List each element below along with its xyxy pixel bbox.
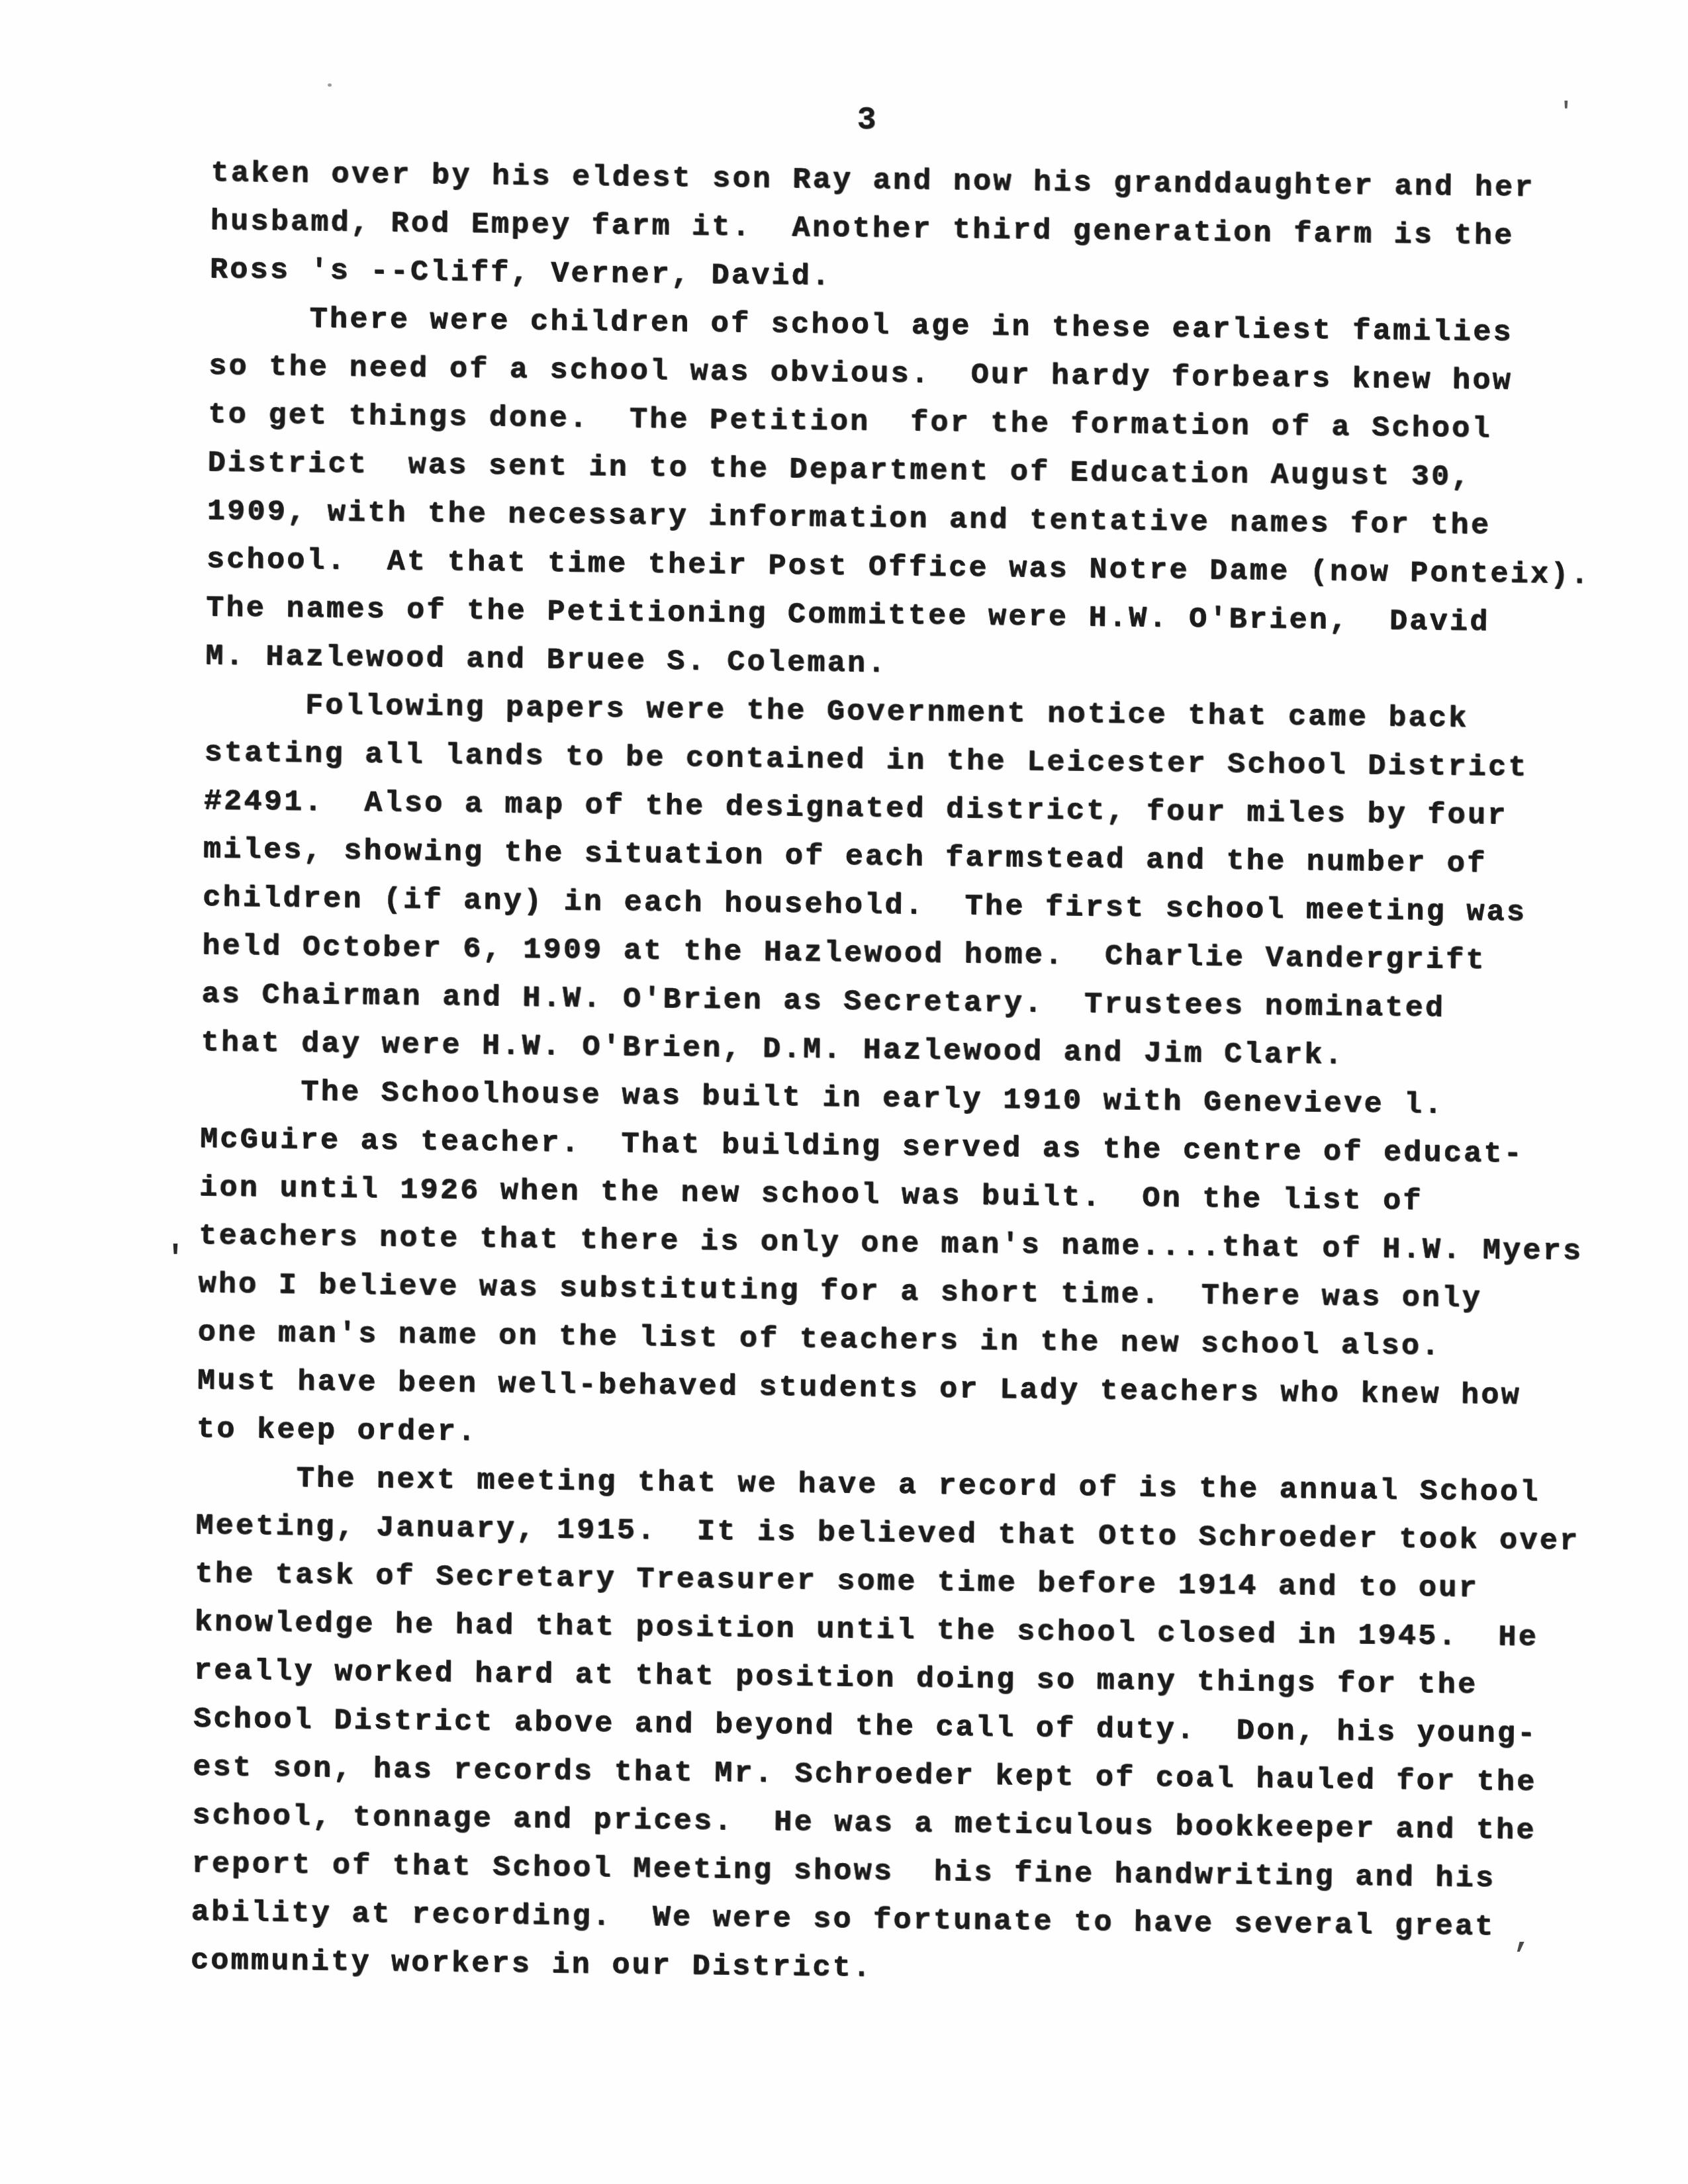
stray-tick-top-right: ' [1559,101,1573,124]
page-body: taken over by his eldest son Ray and now… [191,90,1596,2001]
typewritten-content: 3 taken over by his eldest son Ray and n… [191,90,1596,2001]
stray-apostrophe-margin: ' [165,1243,185,1276]
page-number: 3 [857,103,878,138]
ink-speck-top [328,83,332,87]
stray-comma-bottom-right: , [1513,1923,1532,1954]
document-page: 3 taken over by his eldest son Ray and n… [0,0,1688,2184]
